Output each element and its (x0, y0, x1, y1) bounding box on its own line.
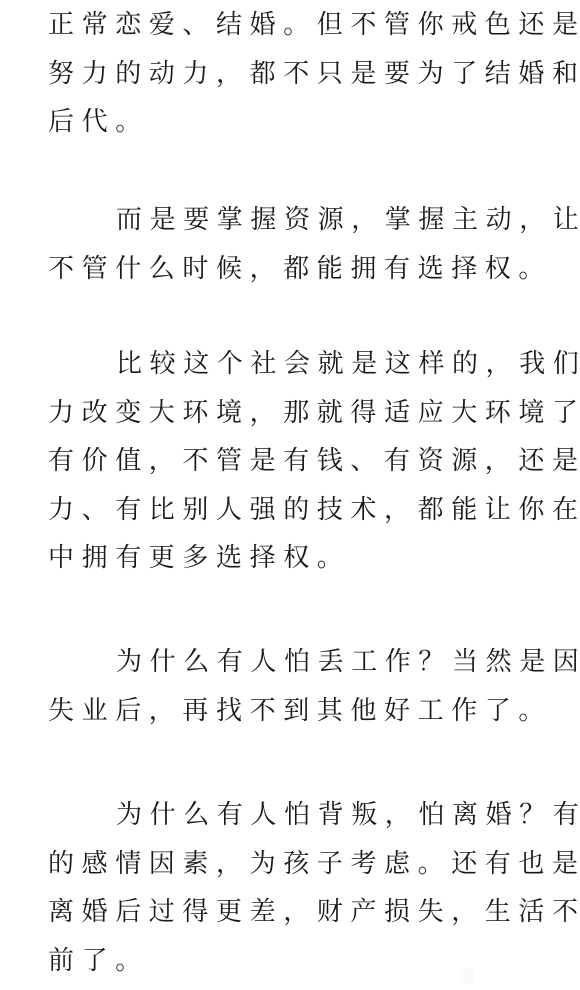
text-line: 不管什么时候，都能拥有选择权。 (48, 245, 580, 294)
text-line: 比较这个社会就是这样的，我们没能 (48, 340, 580, 389)
text-line: 而是要掌握资源，掌握主动，让自己 (48, 196, 580, 245)
paragraph-marriage-motivation: 正常恋爱、结婚。但不管你戒色还是自己 努力的动力，都不只是要为了结婚和繁衍 后代… (48, 1, 580, 147)
text-line: 的感情因素，为孩子考虑。还有也是害怕 (48, 840, 580, 889)
text-line: 有价值，不管是有钱、有资源，还是有能 (48, 437, 580, 486)
text-line: 为什么有人怕丢工作？当然是因为怕 (48, 638, 580, 687)
text-line: 前了。 (48, 937, 580, 986)
text-line: 努力的动力，都不只是要为了结婚和繁衍 (48, 50, 580, 99)
text-line: 后代。 (48, 98, 580, 147)
text-line: 力改变大环境，那就得适应大环境了。你 (48, 389, 580, 438)
paragraph-fear-divorce: 为什么有人怕背叛，怕离婚？有长久 的感情因素，为孩子考虑。还有也是害怕 离婚后过… (48, 791, 580, 985)
text-line: 失业后，再找不到其他好工作了。 (48, 687, 580, 736)
text-line: 正常恋爱、结婚。但不管你戒色还是自己 (48, 1, 580, 50)
paragraph-fear-job-loss: 为什么有人怕丢工作？当然是因为怕 失业后，再找不到其他好工作了。 (48, 638, 580, 735)
text-line: 为什么有人怕背叛，怕离婚？有长久 (48, 791, 580, 840)
faint-watermark-mark (460, 968, 474, 984)
text-line: 力、有比别人强的技术，都能让你在生活 (48, 486, 580, 535)
paragraph-society-adapt: 比较这个社会就是这样的，我们没能 力改变大环境，那就得适应大环境了。你 有价值，… (48, 340, 580, 583)
text-line: 离婚后过得更差，财产损失，生活不如以 (48, 888, 580, 937)
paragraph-master-resources: 而是要掌握资源，掌握主动，让自己 不管什么时候，都能拥有选择权。 (48, 196, 580, 293)
text-line: 中拥有更多选择权。 (48, 534, 580, 583)
